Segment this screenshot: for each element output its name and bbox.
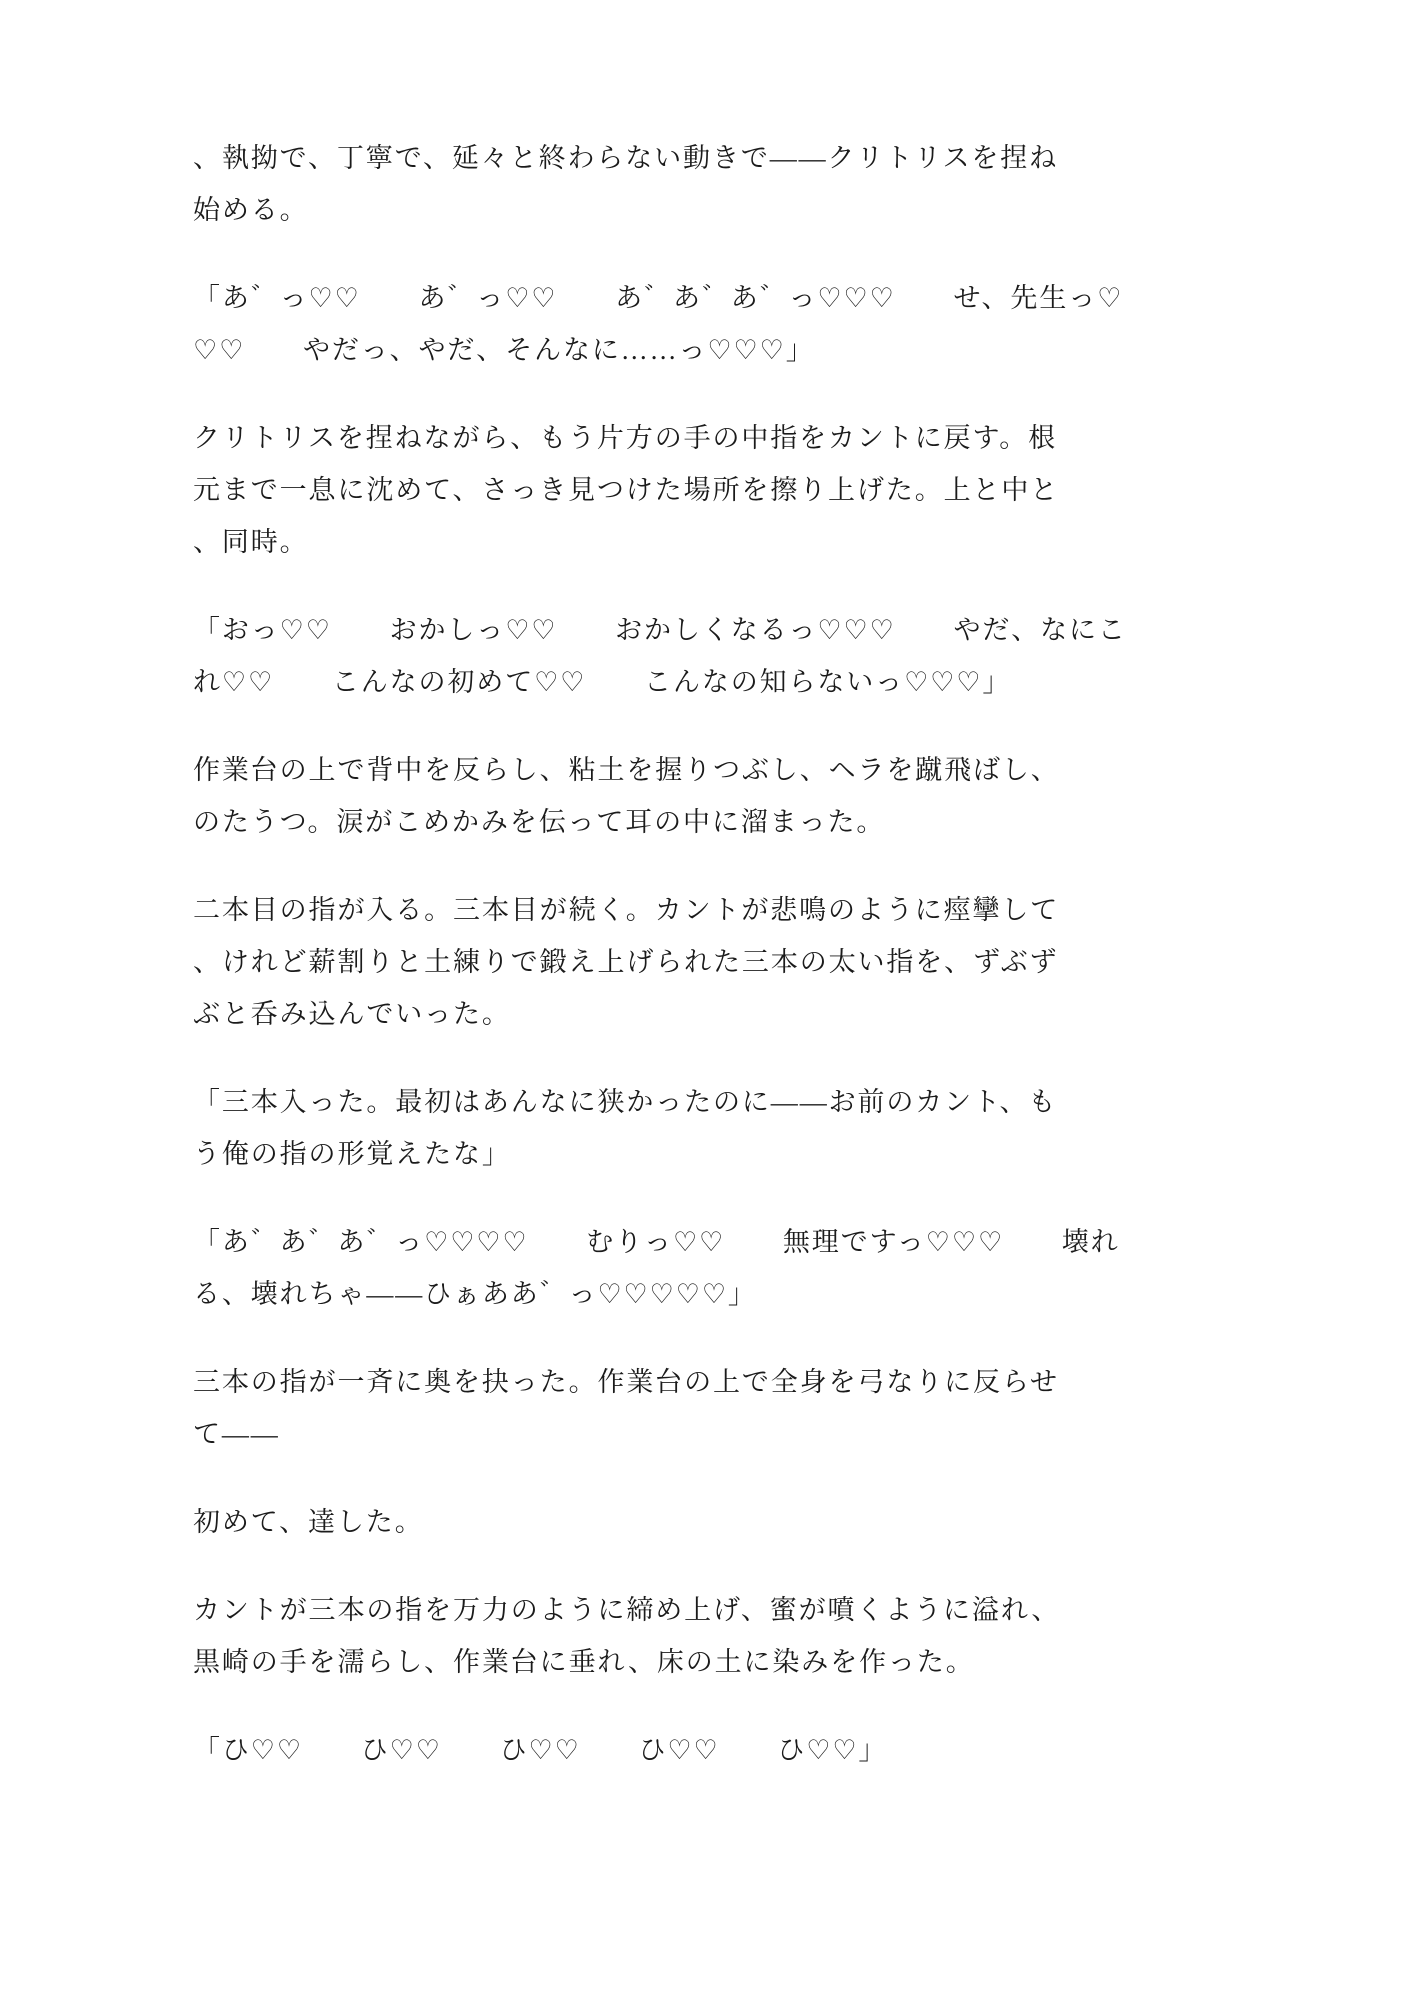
dialogue-paragraph-8: 「あ゛あ゛あ゛っ♡♡♡♡ むりっ♡♡ 無理ですっ♡♡♡ 壊れ る、壊れちゃ――ひ…: [193, 1216, 1265, 1320]
dialogue-paragraph-12: 「ひ♡♡ ひ♡♡ ひ♡♡ ひ♡♡ ひ♡♡」: [193, 1724, 1265, 1776]
narration-paragraph-9: 三本の指が一斉に奥を抉った。作業台の上で全身を弓なりに反らせ て――: [193, 1356, 1265, 1460]
dialogue-paragraph-2: 「あ゛っ♡♡ あ゛っ♡♡ あ゛あ゛あ゛っ♡♡♡ せ、先生っ♡ ♡♡ やだっ、やだ…: [193, 272, 1265, 376]
narration-paragraph-3: クリトリスを捏ねながら、もう片方の手の中指をカントに戻す。根 元まで一息に沈めて…: [193, 412, 1265, 568]
narration-paragraph-5: 作業台の上で背中を反らし、粘土を握りつぶし、ヘラを蹴飛ばし、 のたうつ。涙がこめ…: [193, 744, 1265, 848]
dialogue-paragraph-7: 「三本入った。最初はあんなに狭かったのに――お前のカント、も う俺の指の形覚えた…: [193, 1076, 1265, 1180]
dialogue-paragraph-4: 「おっ♡♡ おかしっ♡♡ おかしくなるっ♡♡♡ やだ、なにこ れ♡♡ こんなの初…: [193, 604, 1265, 708]
document-page: 、執拗で、丁寧で、延々と終わらない動きで――クリトリスを捏ね 始める。 「あ゛っ…: [0, 0, 1415, 2000]
narration-paragraph-1: 、執拗で、丁寧で、延々と終わらない動きで――クリトリスを捏ね 始める。: [193, 132, 1265, 236]
narration-paragraph-6: 二本目の指が入る。三本目が続く。カントが悲鳴のように痙攣して 、けれど薪割りと土…: [193, 884, 1265, 1040]
narration-paragraph-11: カントが三本の指を万力のように締め上げ、蜜が噴くように溢れ、 黒崎の手を濡らし、…: [193, 1584, 1265, 1688]
narration-paragraph-10: 初めて、達した。: [193, 1496, 1265, 1548]
